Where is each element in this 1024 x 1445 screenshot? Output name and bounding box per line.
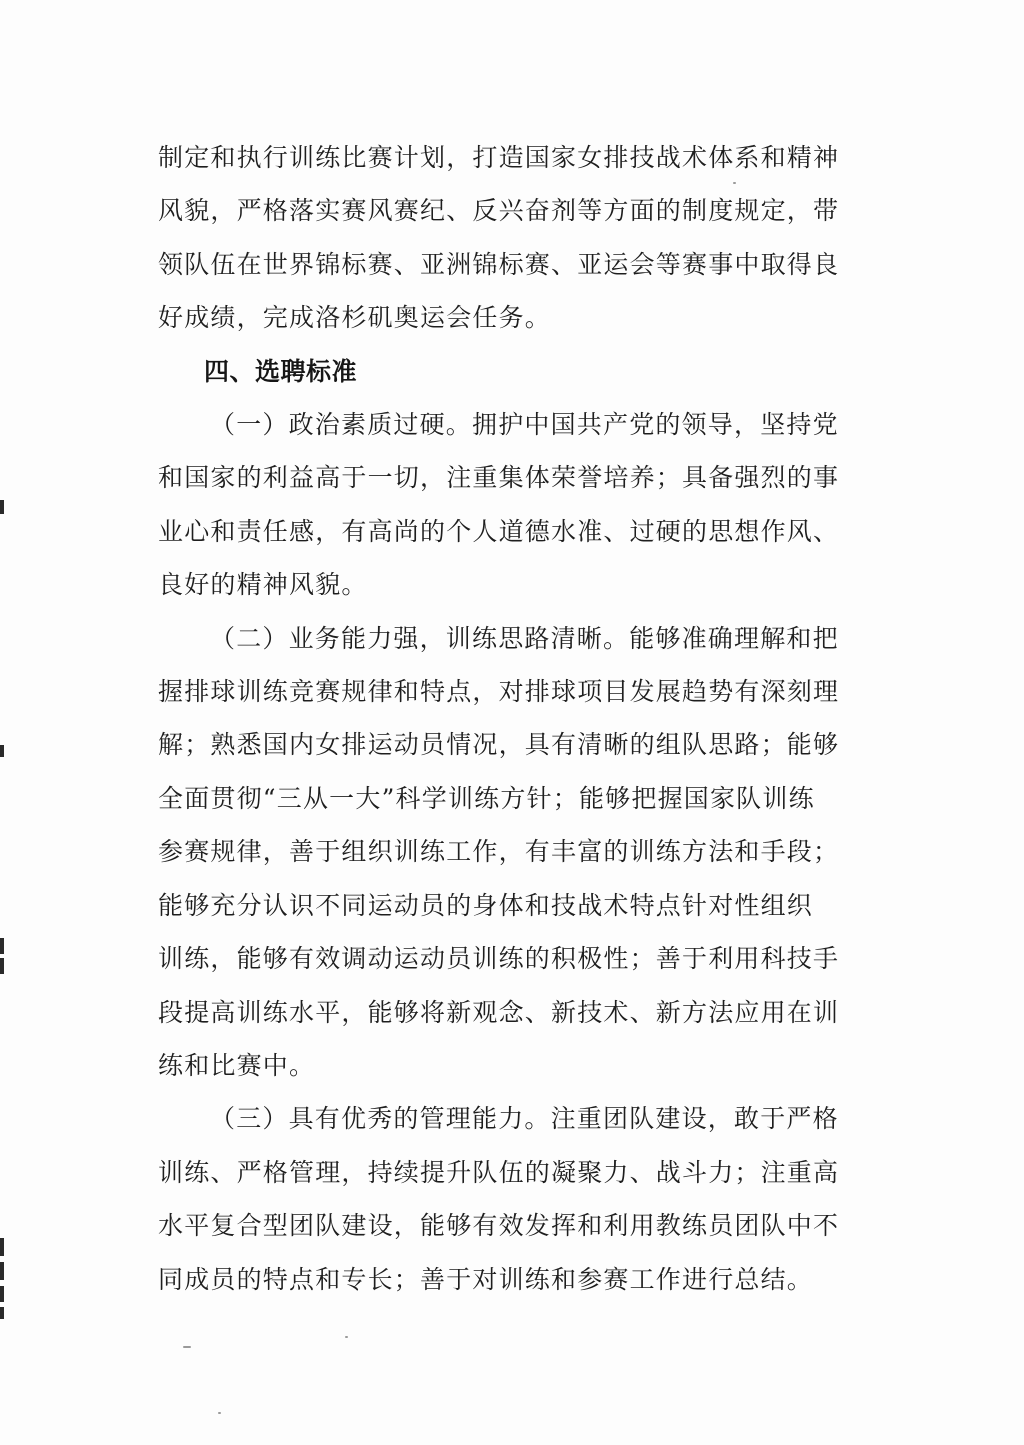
text-line: 训练，能够有效调动运动员训练的积极性；善于利用科技手 (158, 932, 868, 985)
scan-edge-mark (0, 745, 4, 757)
text-line: 能够充分认识不同运动员的身体和技战术特点针对性组织 (158, 879, 868, 932)
criterion-2-paragraph: （二）业务能力强，训练思路清晰。能够准确理解和把 握排球训练竞赛规律和特点，对排… (158, 612, 868, 1093)
criterion-3-paragraph: （三）具有优秀的管理能力。注重团队建设，敢于严格 训练、严格管理，持续提升队伍的… (158, 1092, 868, 1306)
text-line: 练和比赛中。 (158, 1039, 868, 1092)
scan-edge-mark (0, 1307, 4, 1319)
section-heading: 四、选聘标准 (158, 345, 868, 398)
text-line: 握排球训练竞赛规律和特点，对排球项目发展趋势有深刻理 (158, 665, 868, 718)
scan-edge-mark (0, 938, 4, 954)
scan-edge-mark (0, 1286, 4, 1302)
scan-speck (183, 1346, 191, 1348)
text-line: 解；熟悉国内女排运动员情况，具有清晰的组队思路；能够 (158, 718, 868, 771)
scan-speck (345, 1336, 348, 1338)
text-line: （二）业务能力强，训练思路清晰。能够准确理解和把 (158, 612, 868, 665)
scan-speck (218, 1412, 221, 1414)
text-line: 领队伍在世界锦标赛、亚洲锦标赛、亚运会等赛事中取得良 (158, 238, 868, 291)
scan-edge-mark (0, 958, 4, 974)
text-line: 和国家的利益高于一切，注重集体荣誉培养；具备强烈的事 (158, 451, 868, 504)
scan-edge-mark (0, 1262, 4, 1280)
text-line: （一）政治素质过硬。拥护中国共产党的领导，坚持党 (158, 398, 868, 451)
text-line: 业心和责任感，有高尚的个人道德水准、过硬的思想作风、 (158, 505, 868, 558)
text-line: 制定和执行训练比赛计划，打造国家女排技战术体系和精神 (158, 131, 868, 184)
text-line: 水平复合型团队建设，能够有效发挥和利用教练员团队中不 (158, 1199, 868, 1252)
text-line: 风貌，严格落实赛风赛纪、反兴奋剂等方面的制度规定，带 (158, 184, 868, 237)
text-line: 好成绩，完成洛杉矶奥运会任务。 (158, 291, 868, 344)
text-line: 段提高训练水平，能够将新观念、新技术、新方法应用在训 (158, 986, 868, 1039)
text-line: 参赛规律，善于组织训练工作，有丰富的训练方法和手段； (158, 825, 868, 878)
scan-edge-mark (0, 500, 4, 514)
criterion-1-paragraph: （一）政治素质过硬。拥护中国共产党的领导，坚持党 和国家的利益高于一切，注重集体… (158, 398, 868, 612)
text-line: 训练、严格管理，持续提升队伍的凝聚力、战斗力；注重高 (158, 1146, 868, 1199)
text-line: 全面贯彻“三从一大”科学训练方针；能够把握国家队训练 (158, 772, 868, 825)
text-line: 良好的精神风貌。 (158, 558, 868, 611)
continuation-paragraph: 制定和执行训练比赛计划，打造国家女排技战术体系和精神 风貌，严格落实赛风赛纪、反… (158, 131, 868, 345)
text-line: 同成员的特点和专长；善于对训练和参赛工作进行总结。 (158, 1253, 868, 1306)
document-page: 制定和执行训练比赛计划，打造国家女排技战术体系和精神 风貌，严格落实赛风赛纪、反… (158, 131, 868, 1306)
text-line: （三）具有优秀的管理能力。注重团队建设，敢于严格 (158, 1092, 868, 1145)
scan-edge-mark (0, 1238, 4, 1256)
